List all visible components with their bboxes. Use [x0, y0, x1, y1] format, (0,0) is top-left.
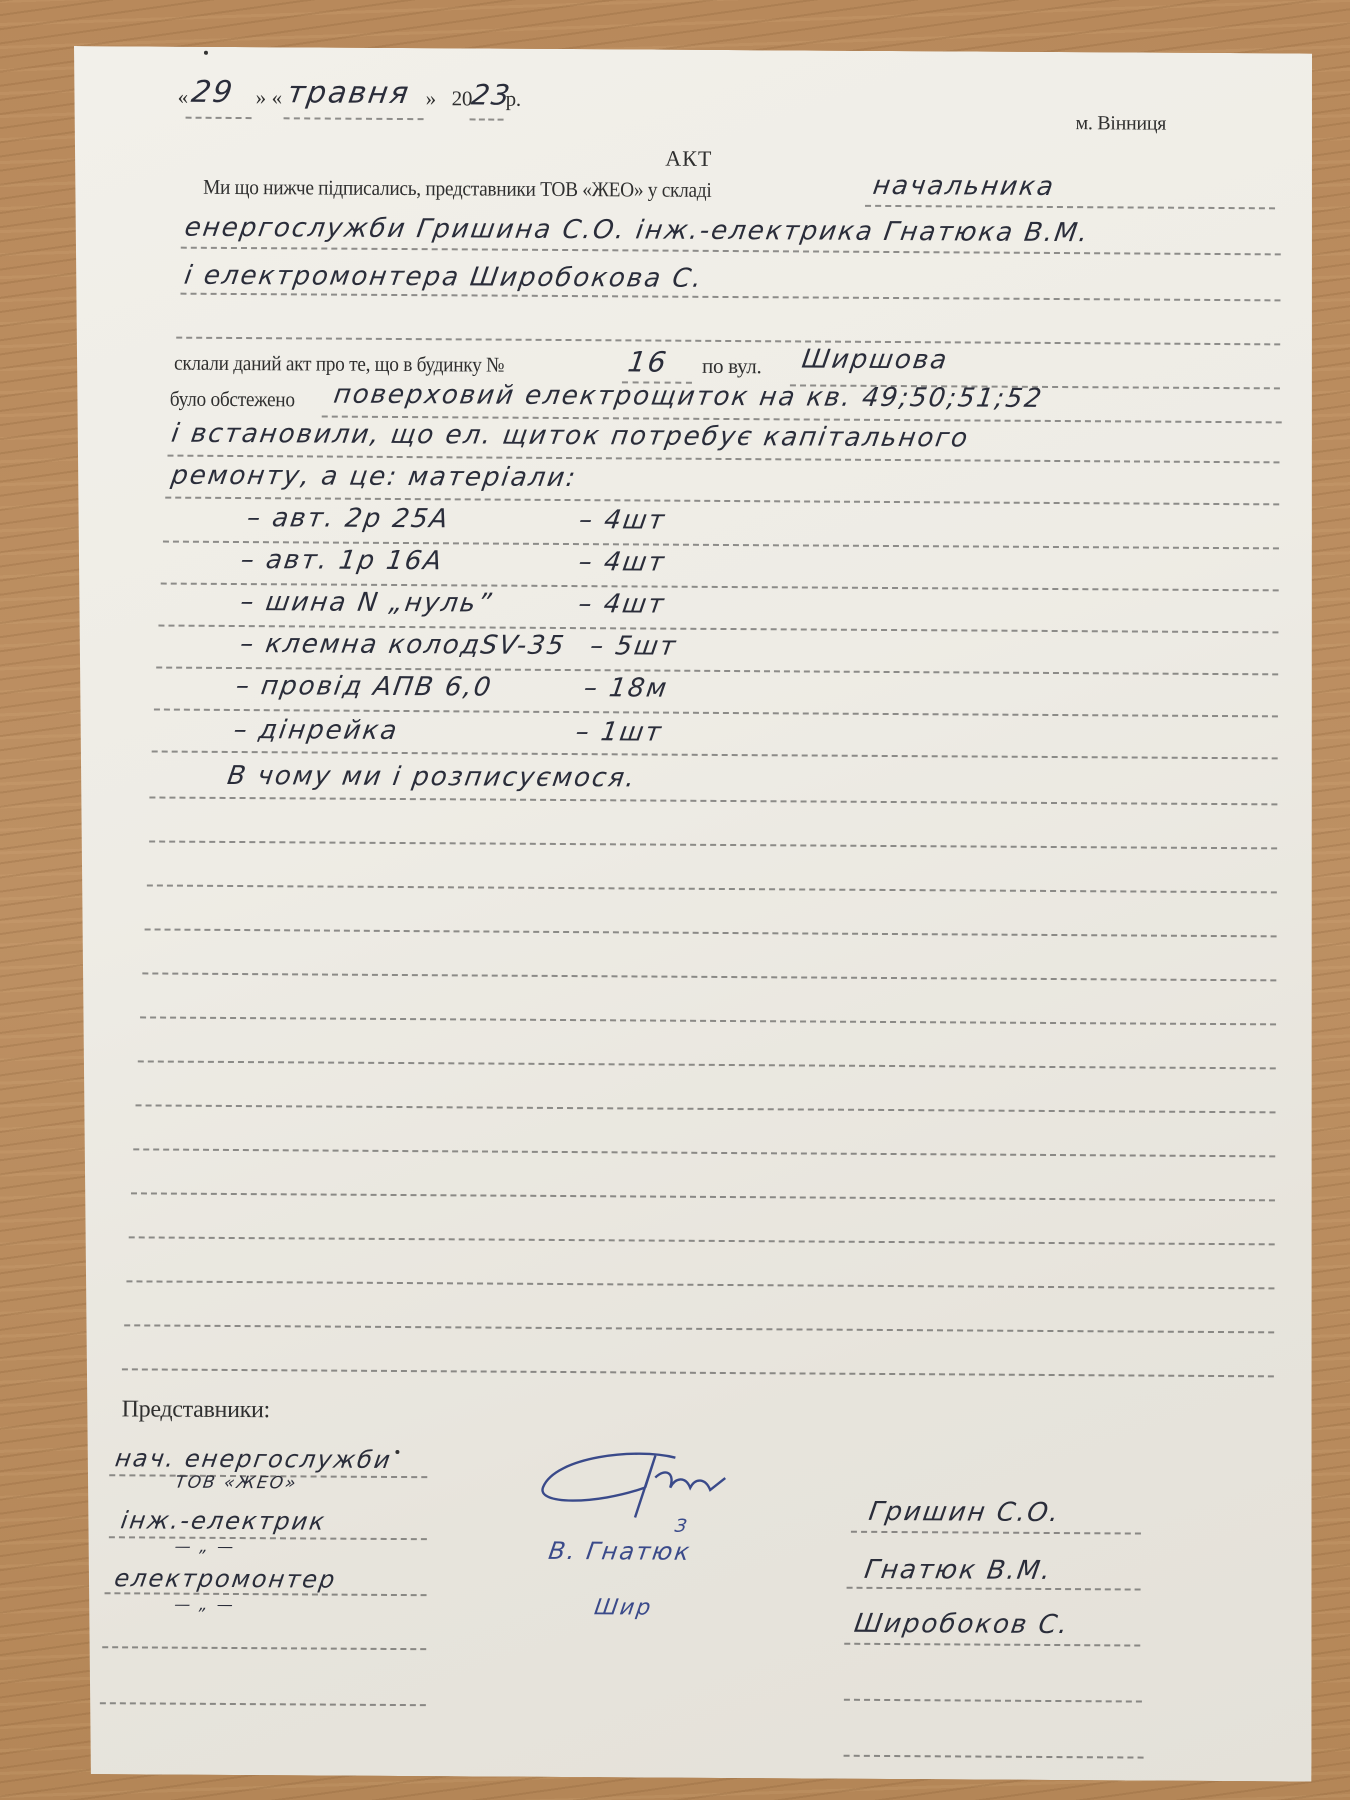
name-3: Широбоков С. — [852, 1609, 1071, 1640]
material-item: – провід АПВ 6,0 — [234, 671, 495, 703]
date-close-quote-2: » — [426, 86, 436, 111]
blank-line — [142, 972, 1276, 981]
material-item: – шина N „нуль” — [238, 587, 495, 619]
material-qty: – 4шт — [576, 589, 667, 620]
date-year-underline — [470, 118, 504, 120]
position-underline — [109, 1536, 427, 1540]
blank-line — [122, 1368, 1274, 1377]
street-printed-text: по вул. — [702, 354, 762, 379]
paper-speck — [76, 1636, 80, 1640]
blank-line — [126, 1280, 1274, 1289]
date-year-unit: р. — [506, 87, 521, 112]
blank-line — [147, 884, 1277, 893]
name-2: Гнатюк В.М. — [863, 1555, 1055, 1586]
date-close-quote: » — [256, 85, 266, 110]
date-month-underline — [284, 117, 424, 120]
blank-line — [124, 1324, 1274, 1333]
material-qty: – 4шт — [577, 547, 668, 578]
intro-handwritten-line-1: начальника — [871, 171, 1057, 202]
blank-position-line — [102, 1646, 426, 1650]
material-qty: – 1шт — [574, 717, 665, 748]
finding-line-1: поверховий електрощиток на кв. 49;50;51;… — [332, 380, 1045, 414]
blank-position-line — [100, 1702, 426, 1706]
house-printed-text: склали даний акт про те, що в будинку № — [174, 351, 504, 378]
blank-line — [138, 1060, 1276, 1069]
name-underline — [851, 1531, 1141, 1535]
material-item: – клемна колодSV-35 — [238, 629, 567, 661]
intro-line-4 — [176, 337, 1280, 346]
intro-line-1 — [865, 205, 1275, 210]
position-3-ditto: — „ — — [173, 1595, 236, 1614]
blank-line — [149, 840, 1277, 849]
position-underline — [105, 1592, 427, 1596]
position-2: інж.-електрик — [119, 1506, 328, 1535]
inspected-printed-text: було обстежено — [170, 387, 295, 413]
house-number: 16 — [626, 345, 670, 378]
material-qty: – 5шт — [588, 631, 679, 662]
intro-line-2 — [181, 247, 1281, 256]
blank-line — [131, 1192, 1275, 1201]
name-1: Гришин С.О. — [867, 1497, 1062, 1528]
date-open-quote: « — [178, 85, 188, 110]
street-name: Ширшова — [800, 344, 951, 375]
name-underline — [844, 1643, 1140, 1647]
blank-line — [136, 1104, 1276, 1113]
signature-1-scribble — [535, 1447, 755, 1528]
finding-line-2: і встановили, що ел. щиток потребує капі… — [169, 419, 971, 454]
act-title: АКТ — [665, 146, 712, 172]
intro-line-3 — [180, 293, 1280, 302]
signature-mark: З — [673, 1516, 690, 1537]
blank-name-line — [844, 1755, 1144, 1759]
signature-2: В. Гнатюк — [547, 1537, 693, 1566]
materials-list: – авт. 2р 25А – 4шт – авт. 1р 16А – 4шт … — [74, 46, 1322, 54]
material-qty: – 4шт — [577, 505, 668, 536]
position-1: нач. енергослужби — [113, 1444, 393, 1474]
blank-line — [133, 1148, 1275, 1157]
blank-line — [145, 928, 1277, 937]
intro-handwritten-line-2: енергослужби Гришина С.О. інж.-електрика… — [183, 213, 1092, 248]
city-label: м. Вінниця — [1075, 112, 1166, 136]
closing-statement: В чому ми і розписуємося. — [225, 761, 638, 793]
date-open-quote-2: « — [272, 85, 282, 110]
paper-speck — [395, 1450, 399, 1454]
date-month: травня — [285, 75, 412, 111]
material-item: – авт. 1р 16А — [239, 545, 446, 576]
intro-printed-text: Ми що нижче підписались, представники ТО… — [203, 175, 712, 203]
date-day-underline — [186, 117, 252, 119]
act-document-sheet: « 29 » « травня » 20 23 р. м. Вінниця АК… — [63, 46, 1322, 1782]
signature-3: Шир — [593, 1595, 654, 1620]
closing-underline — [149, 796, 1277, 805]
blank-line — [129, 1236, 1275, 1245]
date-day: 29 — [189, 75, 236, 110]
position-3: електромонтер — [113, 1564, 339, 1593]
material-item: – авт. 2р 25А — [245, 503, 452, 534]
position-2-ditto: — „ — — [173, 1537, 236, 1556]
material-underline — [152, 750, 1278, 759]
finding-line-3: ремонту, а це: матеріали: — [169, 461, 579, 493]
blank-line — [140, 1016, 1276, 1025]
material-item: – дінрейка — [232, 715, 401, 746]
material-qty: – 18м — [582, 673, 670, 703]
blank-name-line — [844, 1699, 1142, 1703]
name-underline — [847, 1587, 1141, 1591]
paper-speck — [204, 51, 208, 55]
intro-handwritten-line-3: і електромонтера Широбокова С. — [182, 261, 705, 294]
representatives-label: Представники: — [122, 1396, 270, 1424]
